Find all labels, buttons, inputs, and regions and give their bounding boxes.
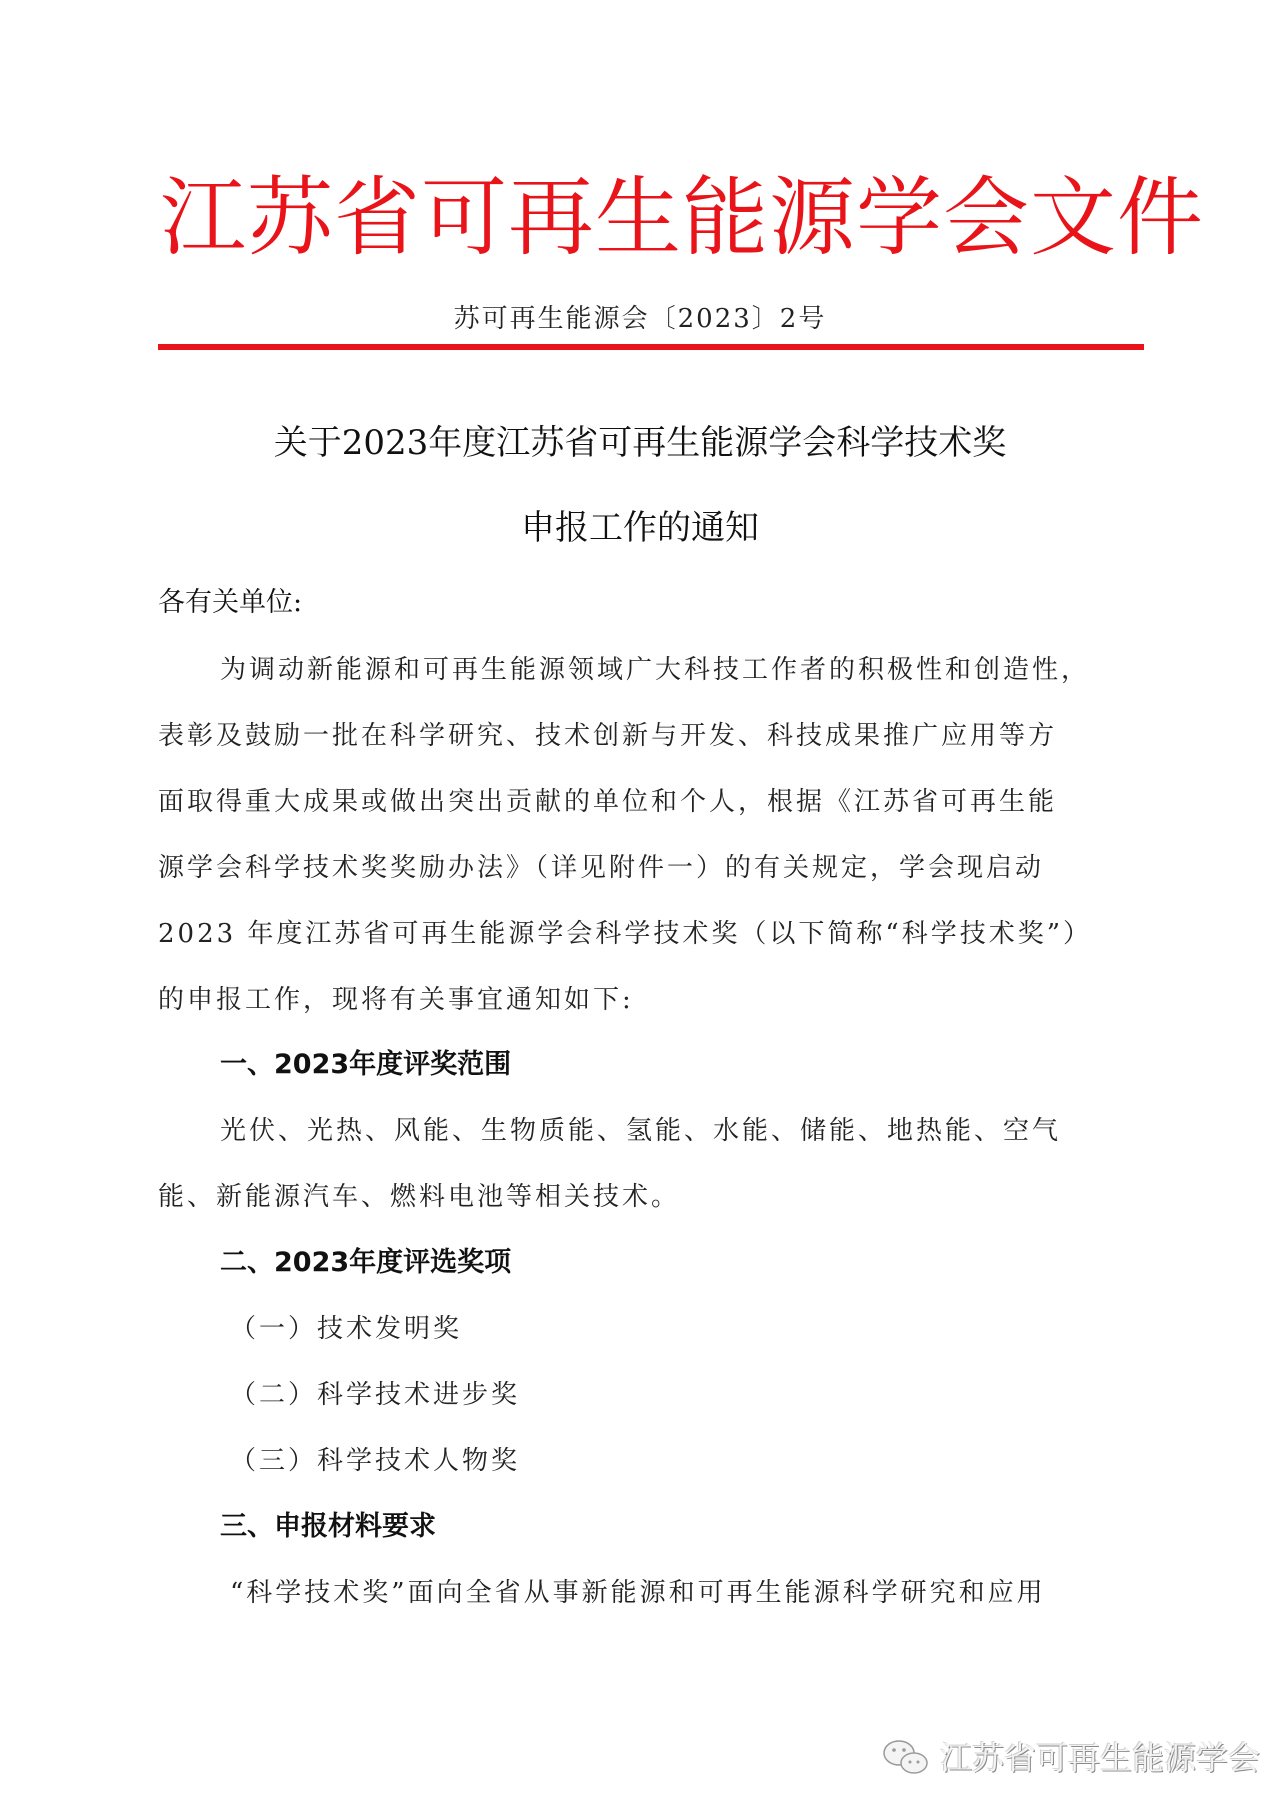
intro-line: 源学会科学技术奖奖励办法》（详见附件一）的有关规定，学会现启动 [158,850,1044,886]
intro-line: 2023 年度江苏省可再生能源学会科学技术奖（以下简称“科学技术奖”） [158,916,1092,952]
red-header-rule [158,344,1144,350]
section-heading-scope: 一、2023年度评奖范围 [220,1047,511,1083]
watermark-text: 江苏省可再生能源学会 [940,1738,1260,1778]
wechat-icon [882,1738,930,1778]
wechat-watermark: 江苏省可再生能源学会 [882,1738,1260,1778]
notice-title-line2: 申报工作的通知 [0,505,1280,551]
section-heading-awards: 二、2023年度评选奖项 [220,1245,511,1281]
scope-line: 光伏、光热、风能、生物质能、氢能、水能、储能、地热能、空气 [220,1113,1061,1149]
org-document-title: 江苏省可再生能源学会文件 [160,168,1120,268]
intro-line: 为调动新能源和可再生能源领域广大科技工作者的积极性和创造性， [220,652,1090,688]
award-item: （三）科学技术人物奖 [230,1443,520,1479]
notice-title-line1: 关于2023年度江苏省可再生能源学会科学技术奖 [0,420,1280,466]
document-number: 苏可再生能源会〔2023〕2号 [0,302,1280,336]
salutation: 各有关单位: [158,585,302,621]
award-item: （二）科学技术进步奖 [230,1377,520,1413]
intro-line: 面取得重大成果或做出突出贡献的单位和个人，根据《江苏省可再生能 [158,784,1057,820]
award-item: （一）技术发明奖 [230,1311,462,1347]
intro-line: 的申报工作，现将有关事宜通知如下: [158,982,634,1018]
section-heading-materials: 三、申报材料要求 [220,1509,436,1545]
scope-line: 能、新能源汽车、燃料电池等相关技术。 [158,1179,680,1215]
intro-line: 表彰及鼓励一批在科学研究、技术创新与开发、科技成果推广应用等方 [158,718,1057,754]
materials-line: “科学技术奖”面向全省从事新能源和可再生能源科学研究和应用 [230,1575,1046,1611]
